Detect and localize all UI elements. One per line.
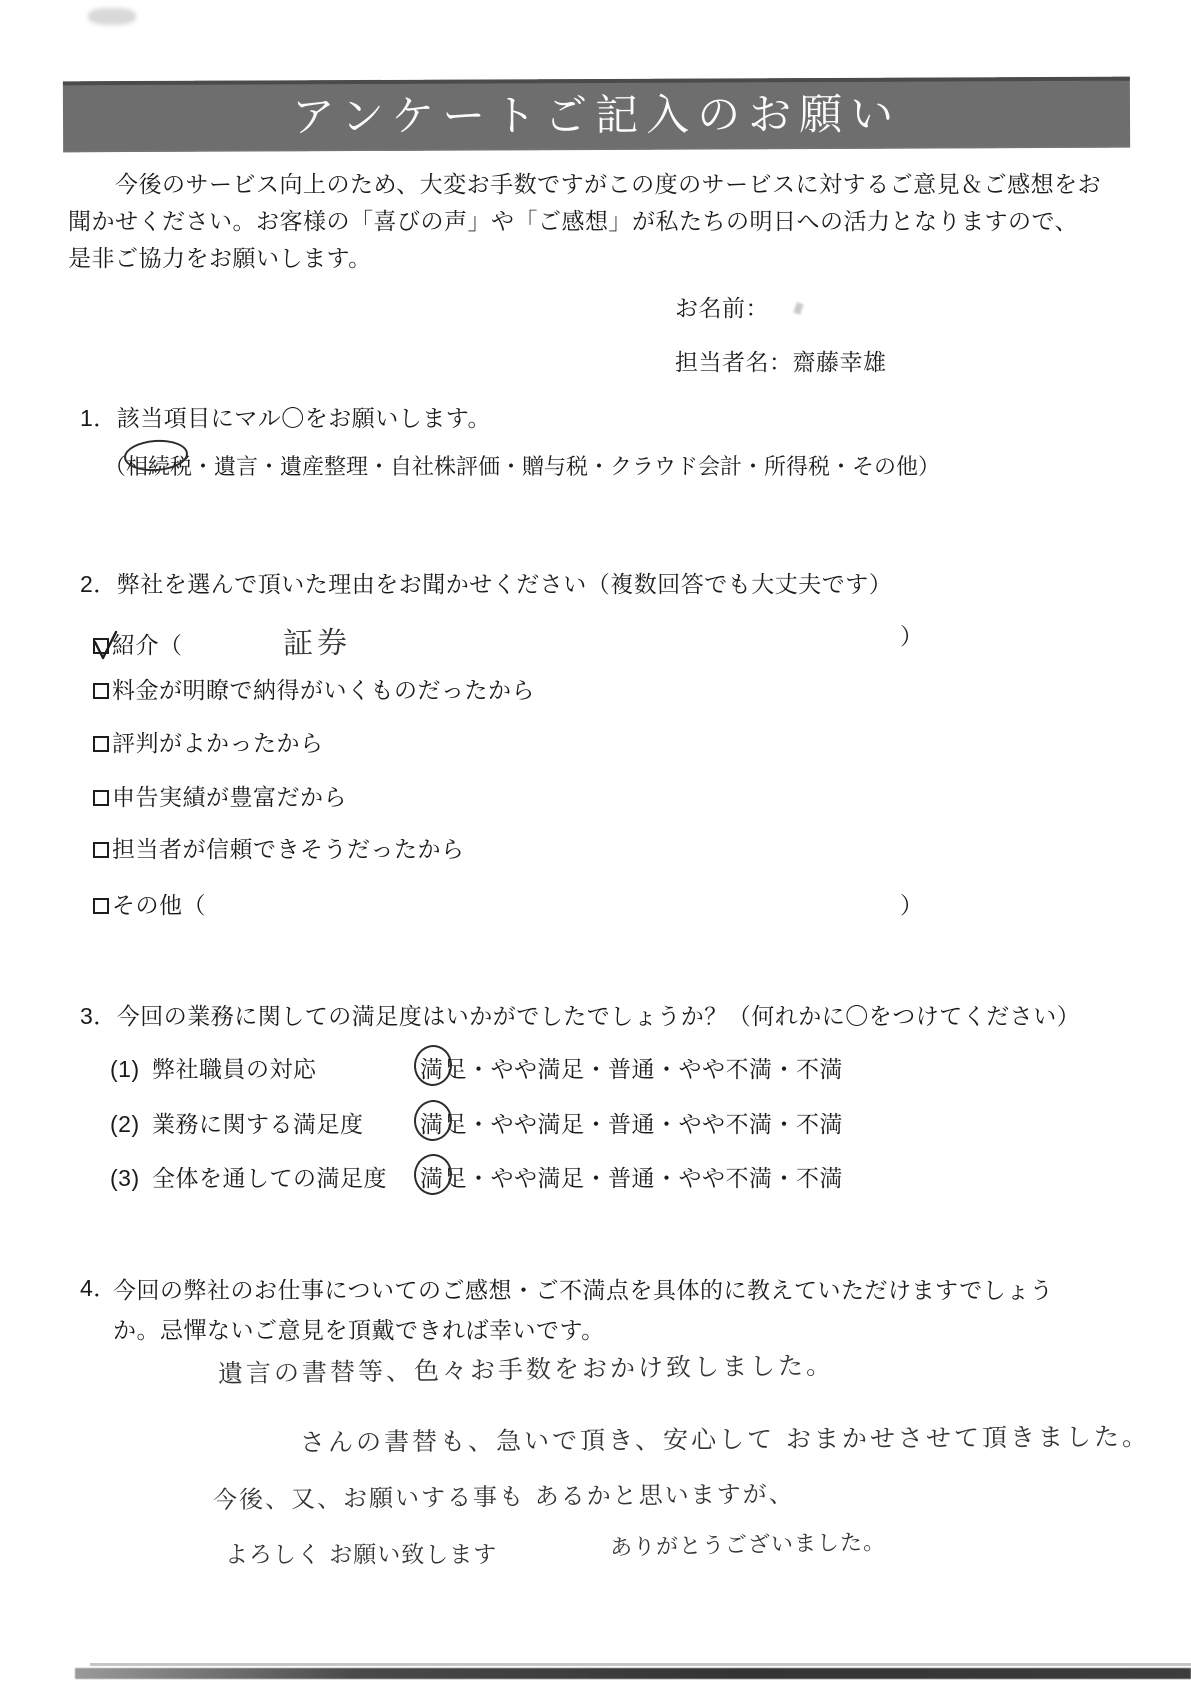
q2-option-row-reputation: 評判がよかったから: [93, 725, 324, 758]
rating-scale-rest: 足・やや満足・普通・やや不満・不満: [444, 1056, 844, 1082]
checkbox-icon: [93, 898, 109, 914]
rating-scale: 満足・やや満足・普通・やや不満・不満: [420, 1160, 843, 1193]
title-banner: アンケートご記入のお願い: [63, 77, 1130, 153]
q1-number: 1．: [80, 400, 117, 433]
q3-row-label: 弊社職員の対応: [152, 1056, 317, 1082]
handwritten-comment-line: 遺言の書替等、色々お手数をおかけ致しました。: [218, 1346, 834, 1391]
q2-option-label: その他: [112, 892, 183, 918]
q2-option-row-trust: 担当者が信頼できそうだったから: [93, 831, 465, 864]
q2-option-row-other: その他（ ）: [93, 887, 206, 920]
handwritten-comment-line: よろしく お願い致します: [225, 1536, 497, 1569]
q3-row-label: 業務に関する満足度: [152, 1111, 364, 1137]
q3-number: 3．: [80, 998, 117, 1031]
q2-option-label: 紹介: [112, 632, 159, 658]
rating-scale-rest: 足・やや満足・普通・やや不満・不満: [444, 1111, 844, 1137]
circled-rating-mark: 満: [420, 1106, 444, 1139]
handwritten-check-icon: [91, 628, 119, 662]
q3-heading: 3．今回の業務に関しての満足度はいかがでしたでしょうか？（何れかに〇をつけてくだ…: [80, 998, 1080, 1031]
q1-options-line: （相続税・遺言・遺産整理・自社株評価・贈与税・クラウド会計・所得税・その他）: [104, 450, 940, 481]
q2-heading-text: 弊社を選んで頂いた理由をお聞かせください（複数回答でも大丈夫です）: [117, 571, 893, 597]
intro-paragraph: 今後のサービス向上のため、大変お手数ですがこの度のサービスに対するご意見＆ご感想…: [68, 166, 1138, 277]
paren-open: （: [183, 892, 207, 918]
checkbox-icon: [93, 683, 109, 699]
checkbox-checked-icon: [93, 638, 109, 654]
q3-rating-row-staff: (1)弊社職員の対応 満足・やや満足・普通・やや不満・不満: [110, 1051, 317, 1084]
scan-smudge: [88, 8, 136, 25]
handwritten-comment-line: 今後、又、お願いする事も あるかと思いますが、: [213, 1474, 795, 1515]
name-field-label: お名前：: [675, 290, 769, 327]
paren-open: （: [159, 632, 183, 658]
q1-heading: 1．該当項目にマル〇をお願いします。: [80, 400, 491, 433]
q4-heading: 今回の弊社のお仕事についてのご感想・ご不満点を具体的に教えていただけますでしょう…: [113, 1270, 1053, 1350]
q3-rating-row-service: (2)業務に関する満足度 満足・やや満足・普通・やや不満・不満: [110, 1106, 364, 1139]
q3-row-number: (3): [110, 1165, 152, 1192]
q3-heading-text: 今回の業務に関しての満足度はいかがでしたでしょうか？（何れかに〇をつけてください…: [117, 1003, 1081, 1029]
checkbox-icon: [93, 842, 109, 858]
scan-edge-line-dark: [75, 1668, 1191, 1679]
q2-option-label: 評判がよかったから: [112, 730, 324, 756]
q3-rating-row-overall: (3)全体を通しての満足度 満足・やや満足・普通・やや不満・不満: [110, 1160, 387, 1193]
handwritten-answer-referral: 証券: [282, 617, 351, 662]
page-title: アンケートご記入のお願い: [63, 77, 1130, 156]
q3-row-number: (1): [110, 1056, 152, 1083]
q2-option-row-referral: 紹介（証券 ）: [93, 618, 351, 662]
q2-option-label: 料金が明瞭で納得がいくものだったから: [112, 677, 535, 703]
q2-option-label: 申告実績が豊富だから: [112, 784, 347, 810]
staff-name-line: 担当者名：齋藤幸雄: [675, 344, 887, 381]
q2-option-label: 担当者が信頼できそうだったから: [112, 836, 465, 862]
q2-heading: 2．弊社を選んで頂いた理由をお聞かせください（複数回答でも大丈夫です）: [80, 566, 892, 599]
q1-options-rest: ・遺言・遺産整理・自社株評価・贈与税・クラウド会計・所得税・その他）: [192, 454, 940, 479]
checkbox-icon: [93, 790, 109, 806]
q2-option-row-pricing: 料金が明瞭で納得がいくものだったから: [93, 672, 535, 705]
handwritten-comment-line: さんの書替も、急いで頂き、安心して おまかせさせて頂きました。: [300, 1417, 1150, 1459]
scan-speck: [793, 302, 803, 315]
intro-line: 聞かせください。お客様の「喜びの声」や「ご感想」が私たちの明日への活力となります…: [68, 203, 1138, 240]
q4-heading-line: 今回の弊社のお仕事についてのご感想・ご不満点を具体的に教えていただけますでしょう: [113, 1270, 1053, 1310]
intro-line: 是非ご協力をお願いします。: [68, 240, 1138, 277]
q3-row-number: (2): [110, 1111, 152, 1138]
q3-row-label: 全体を通しての満足度: [152, 1165, 387, 1191]
staff-name-label: 担当者名：: [675, 349, 793, 375]
circled-rating-mark: 満: [420, 1160, 444, 1193]
scan-edge-line-light: [90, 1663, 1191, 1666]
rating-scale: 満足・やや満足・普通・やや不満・不満: [420, 1051, 843, 1084]
staff-name-value: 齋藤幸雄: [793, 349, 887, 375]
rating-scale-rest: 足・やや満足・普通・やや不満・不満: [444, 1165, 844, 1191]
checkbox-icon: [93, 736, 109, 752]
paren-close: ）: [900, 887, 924, 920]
paren-close: ）: [900, 618, 924, 651]
scanned-survey-page: アンケートご記入のお願い 今後のサービス向上のため、大変お手数ですがこの度のサー…: [0, 0, 1191, 1684]
q2-number: 2．: [80, 566, 117, 599]
handwritten-comment-line: ありがとうございました。: [610, 1525, 887, 1562]
q1-heading-text: 該当項目にマル〇をお願いします。: [117, 405, 491, 431]
q4-heading-line: か。忌憚ないご意見を頂戴できれば幸いです。: [113, 1310, 1053, 1350]
q1-paren-open: （: [104, 454, 126, 479]
circled-rating-mark: 満: [420, 1051, 444, 1084]
rating-scale: 満足・やや満足・普通・やや不満・不満: [420, 1106, 843, 1139]
intro-line: 今後のサービス向上のため、大変お手数ですがこの度のサービスに対するご意見＆ご感想…: [68, 166, 1138, 203]
q4-number: 4．: [80, 1270, 117, 1303]
q2-option-row-track-record: 申告実績が豊富だから: [93, 779, 347, 812]
